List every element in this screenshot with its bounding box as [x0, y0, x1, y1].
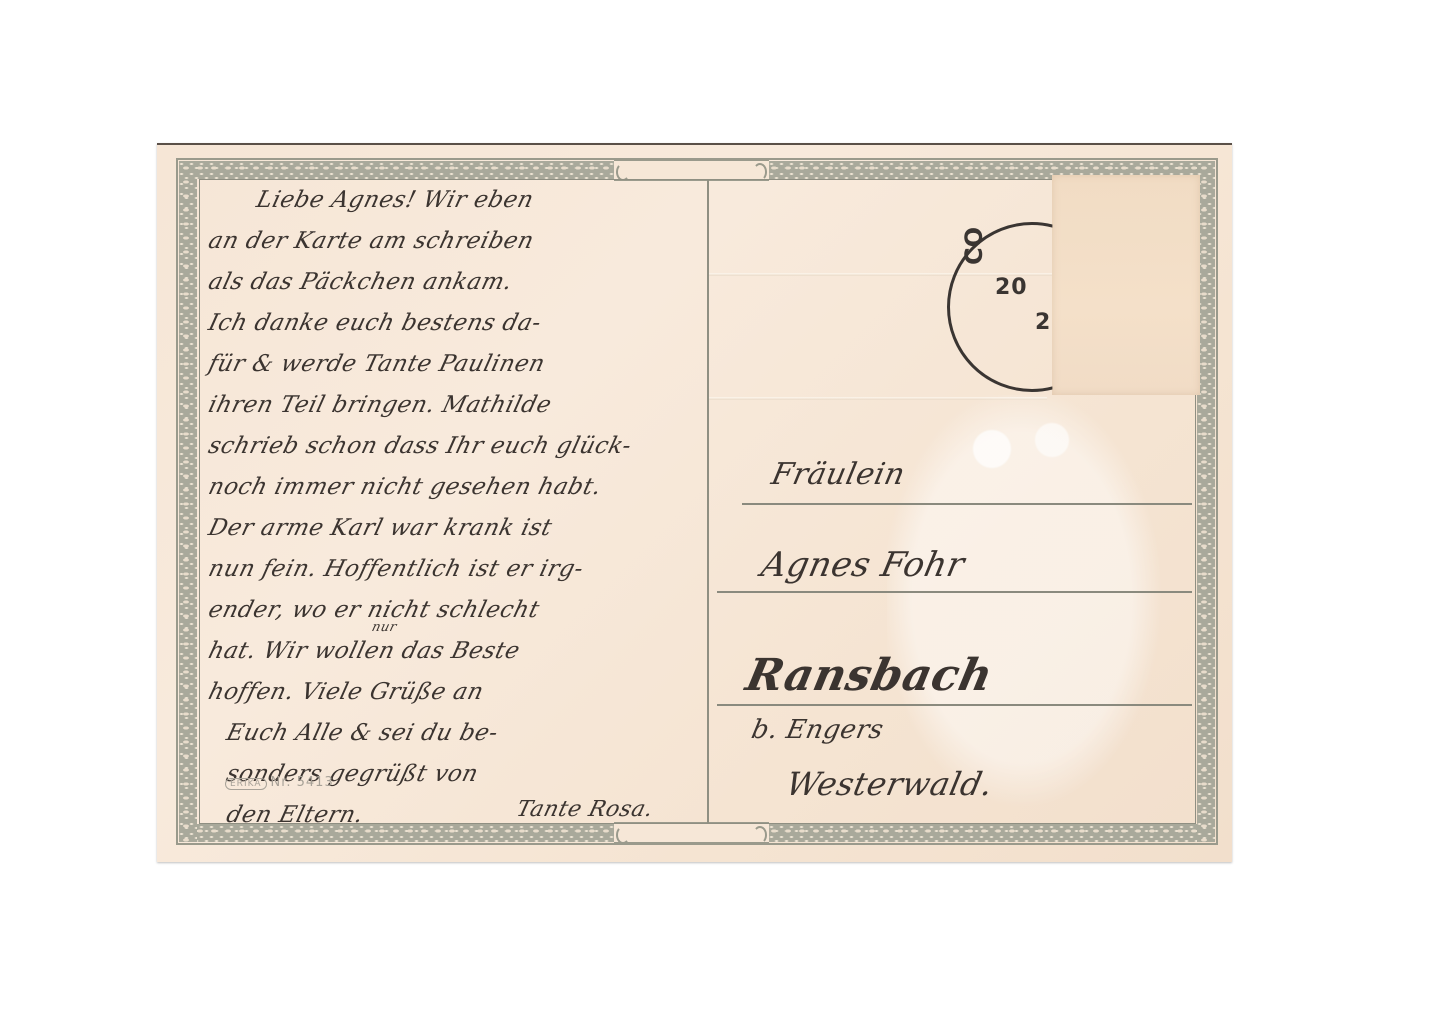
- address-salutation: Fräulein: [768, 457, 908, 492]
- message-line: ihren Teil bringen. Mathilde: [206, 392, 555, 418]
- postmark-date: 20: [995, 275, 1028, 300]
- message-line: noch immer nicht gesehen habt.: [206, 474, 605, 500]
- address-line-1: [742, 503, 1192, 505]
- cartouche-bottom: [614, 822, 769, 844]
- address-region: Westerwald.: [783, 765, 997, 803]
- message-line: nun fein. Hoffentlich ist er irg-: [206, 556, 586, 582]
- cartouche-top: [614, 159, 769, 181]
- postmark-city: CO: [960, 227, 988, 265]
- address-town: Ransbach: [742, 650, 998, 701]
- signature: Tante Rosa.: [514, 797, 656, 822]
- message-line: für & werde Tante Paulinen: [206, 351, 548, 377]
- message-line: als das Päckchen ankam.: [206, 269, 515, 295]
- message-line: an der Karte am schreiben: [206, 228, 537, 254]
- printer-mark: ERIKANr. 5413: [225, 775, 334, 790]
- stamp-area: [1052, 175, 1200, 395]
- message-line: Euch Alle & sei du be-: [224, 720, 501, 746]
- message-line: hoffen. Viele Grüße an: [206, 679, 487, 705]
- garland-border-left: [179, 161, 197, 842]
- message-line: Ich danke euch bestens da-: [206, 310, 544, 336]
- interlinear-note: nur: [370, 620, 398, 635]
- printer-logo: ERIKA: [225, 778, 267, 790]
- message-line: Der arme Karl war krank ist: [206, 515, 555, 541]
- message-line: Liebe Agnes! Wir eben: [254, 187, 537, 213]
- address-name: Agnes Fohr: [758, 545, 968, 585]
- message-line: den Eltern.: [224, 802, 367, 828]
- printer-number: Nr. 5413: [271, 775, 334, 790]
- postmark-year: 2: [1035, 310, 1050, 335]
- embossed-fold-line: [707, 397, 1047, 400]
- postcard: CO 20 2 Liebe Agnes! Wir ebenan der Kart…: [157, 143, 1232, 862]
- message-address-divider: [707, 179, 709, 824]
- message-line: schrieb schon dass Ihr euch glück-: [206, 433, 635, 459]
- address-line-3: [717, 704, 1192, 706]
- address-district: b. Engers: [749, 715, 887, 745]
- address-line-2: [717, 591, 1192, 593]
- message-line: hat. Wir wollen das Beste: [206, 638, 523, 664]
